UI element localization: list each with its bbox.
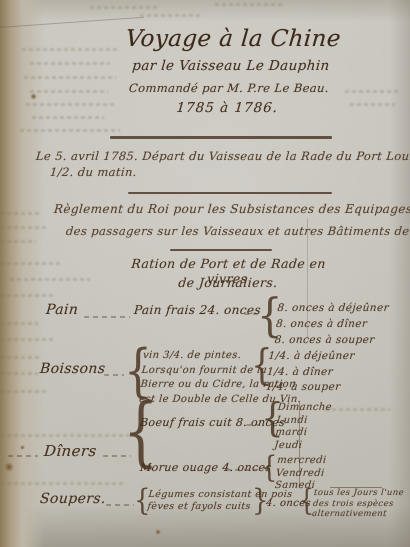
day-item: Lundi (276, 415, 331, 428)
dotted-leader (246, 424, 260, 426)
day-item: Dimanche (277, 402, 332, 415)
dotted-leader (226, 469, 258, 471)
bleedthrough-mark (0, 294, 55, 297)
entry-line-1: Le 5. avril 1785. Départ du Vaisseau de … (35, 149, 410, 163)
entry-line-2: 1/2. du matin. (49, 165, 137, 179)
bleedthrough-mark (0, 262, 60, 265)
ration-heading-line-2: de Journaliers. (117, 275, 338, 290)
bleedthrough-mark (0, 322, 38, 325)
dotted-leader (84, 316, 130, 318)
bleedthrough-mark (30, 90, 108, 93)
title-subline-years: 1785 à 1786. (99, 100, 355, 116)
bleedthrough-mark (32, 116, 104, 119)
reglement-line-1: Règlement du Roi pour les Subsistances d… (53, 202, 410, 216)
bleedthrough-mark (90, 6, 160, 9)
title-block: Voyage à la Chine par le Vaisseau Le Dau… (99, 26, 362, 116)
ration-row-label-pain: Pain (45, 302, 79, 318)
meal-allowance: 8. onces à dîner (275, 316, 388, 332)
title-subline-captain: Commandé par M. P.re Le Beau. (101, 81, 357, 95)
section-rule (128, 192, 332, 194)
bleedthrough-mark (10, 278, 90, 281)
day-item: Vendredi (275, 468, 325, 481)
bleedthrough-mark (0, 226, 46, 229)
section-rule (170, 249, 272, 251)
ration-row-label-soupers: Soupers. (39, 491, 106, 507)
ration-row-label-diners: Dîners (43, 442, 97, 460)
reglement-line-2: des passagers sur les Vaisseaux et autre… (65, 224, 410, 238)
bleedthrough-mark (0, 372, 38, 375)
bleedthrough-mark (0, 482, 125, 485)
bleedthrough-mark (0, 356, 42, 359)
bleedthrough-mark (350, 103, 395, 106)
foxing-spot (20, 445, 25, 450)
soupers-note-line: alternativement (312, 509, 403, 520)
bleedthrough-mark (0, 434, 130, 437)
meal-allowance: 1/4. à souper (265, 380, 353, 396)
soupers-note: tous les Jours l'une des trois espèces a… (312, 488, 405, 520)
ration-row-label-boissons: Boissons (39, 361, 106, 377)
title-subline-vessel: par le Vaisseau Le Dauphin (103, 58, 359, 74)
brace-glyph: { (123, 395, 159, 471)
boissons-meal-allowances: 1/4. à déjeûner 1/4. à dîner 1/4. à soup… (265, 349, 355, 396)
bleedthrough-mark (0, 390, 46, 393)
pain-meal-allowances: 8. onces à déjeûner 8. onces à dîner 8. … (274, 300, 390, 348)
meal-allowance: 1/4. à déjeûner (268, 349, 356, 365)
bleedthrough-mark (215, 3, 285, 6)
manuscript-page: Voyage à la Chine par le Vaisseau Le Dau… (0, 0, 410, 547)
pain-item: Pain frais 24. onces (133, 303, 261, 317)
brace-tail-stroke (299, 402, 300, 486)
dotted-leader (104, 374, 124, 376)
dotted-leader (8, 455, 38, 457)
bleedthrough-mark (0, 240, 36, 243)
page-title: Voyage à la Chine (105, 26, 362, 52)
boeuf-days-list: Dimanche Lundi mardi Jeudi (274, 402, 333, 452)
dotted-leader (106, 504, 134, 506)
foxing-spot (30, 93, 37, 100)
bleedthrough-mark (0, 338, 55, 341)
bleedthrough-mark (20, 129, 120, 132)
bleedthrough-mark (140, 14, 200, 17)
day-item: mercredi (277, 455, 327, 468)
soupers-note-line: tous les Jours l'une (313, 488, 404, 499)
bleedthrough-mark (0, 212, 40, 215)
bleedthrough-mark (30, 62, 110, 65)
meal-allowance: 8. onces à déjeûner (277, 300, 390, 316)
soupers-note-line: des trois espèces (313, 499, 404, 510)
foxing-spot (155, 529, 161, 535)
day-item: mardi (275, 427, 330, 440)
meal-allowance: 1/4. à dîner (266, 365, 354, 381)
foxing-spot (4, 462, 14, 472)
bleedthrough-mark (325, 408, 390, 411)
title-underline (110, 136, 332, 139)
dotted-leader (244, 313, 258, 315)
bleedthrough-mark (22, 48, 117, 51)
diners-item-morue: Morue ouage 4. onces (139, 461, 272, 474)
meal-allowance: 8. onces à souper (274, 332, 387, 348)
day-item: Jeudi (274, 440, 329, 453)
